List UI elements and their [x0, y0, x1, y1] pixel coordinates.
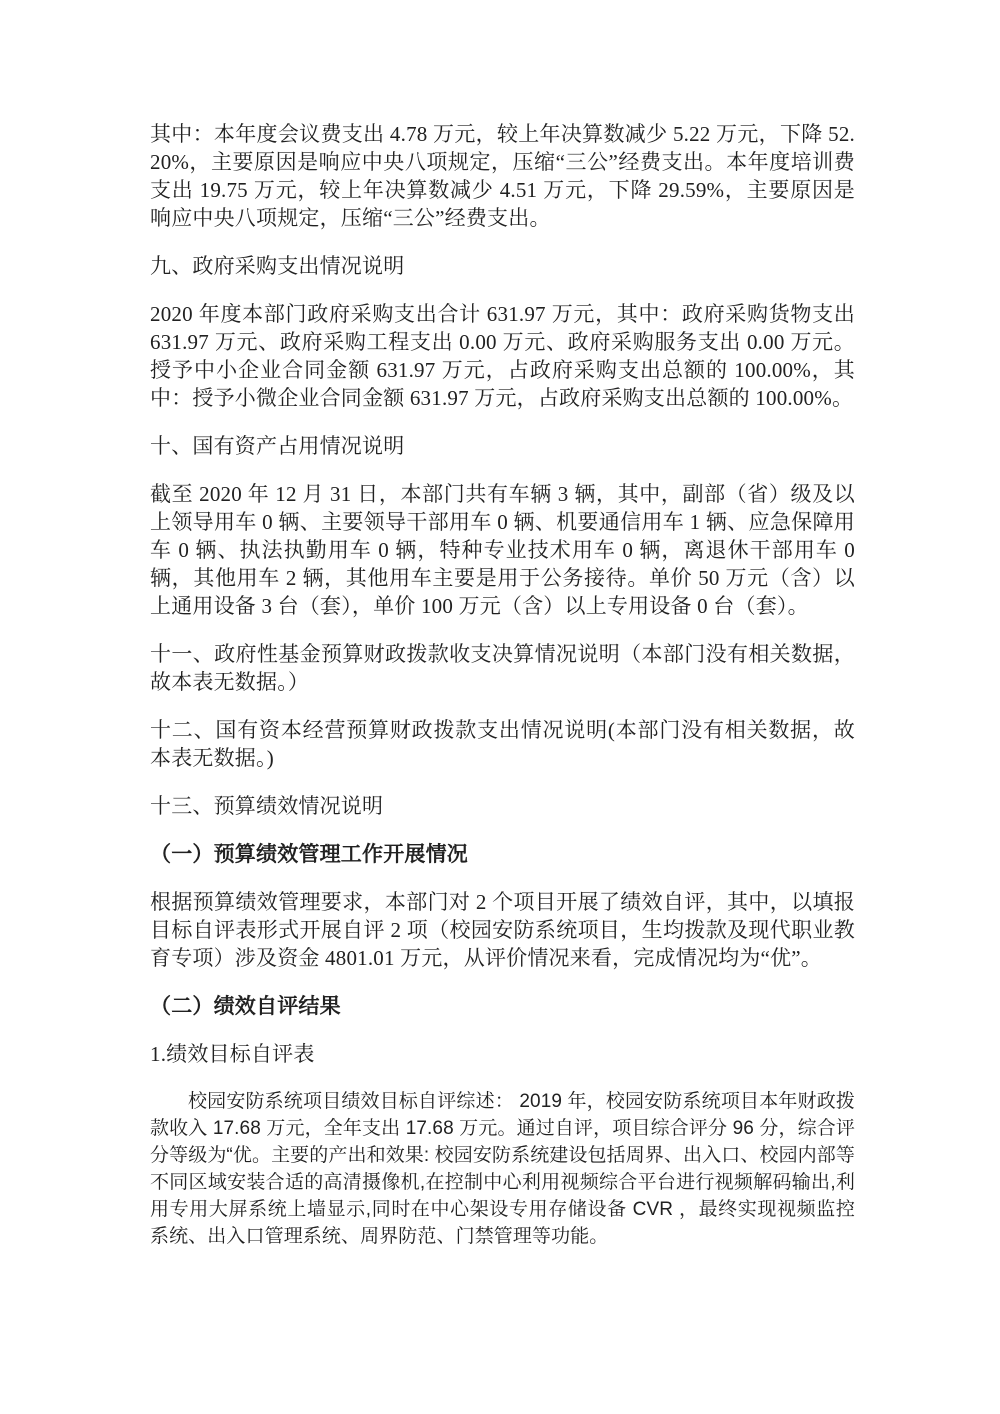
section-heading-9-government-procurement: 九、政府采购支出情况说明 — [150, 252, 855, 280]
item-heading-performance-target-table: 1.绩效目标自评表 — [150, 1040, 855, 1068]
section-heading-10-state-assets: 十、国有资产占用情况说明 — [150, 432, 855, 460]
section-heading-12-state-capital-budget: 十二、国有资本经营预算财政拨款支出情况说明(本部门没有相关数据，故本表无数据。) — [150, 716, 855, 772]
paragraph-campus-security-project-summary: 校园安防系统项目绩效目标自评综述： 2019 年，校园安防系统项目本年财政拨款收… — [150, 1088, 855, 1250]
paragraph-state-assets-detail: 截至 2020 年 12 月 31 日，本部门共有车辆 3 辆，其中，副部（省）… — [150, 480, 855, 620]
paragraph-performance-self-evaluation: 根据预算绩效管理要求，本部门对 2 个项目开展了绩效自评，其中，以填报目标自评表… — [150, 888, 855, 972]
paragraph-procurement-detail: 2020 年度本部门政府采购支出合计 631.97 万元，其中：政府采购货物支出… — [150, 300, 855, 412]
section-heading-11-government-fund-budget: 十一、政府性基金预算财政拨款收支决算情况说明（本部门没有相关数据，故本表无数据。… — [150, 640, 855, 696]
section-heading-13-budget-performance: 十三、预算绩效情况说明 — [150, 792, 855, 820]
subsection-heading-self-evaluation-result: （二）绩效自评结果 — [150, 992, 855, 1020]
paragraph-conference-training-expense: 其中：本年度会议费支出 4.78 万元，较上年决算数减少 5.22 万元，下降 … — [150, 120, 855, 232]
document-page: 其中：本年度会议费支出 4.78 万元，较上年决算数减少 5.22 万元，下降 … — [0, 0, 1000, 1414]
subsection-heading-performance-management: （一）预算绩效管理工作开展情况 — [150, 840, 855, 868]
